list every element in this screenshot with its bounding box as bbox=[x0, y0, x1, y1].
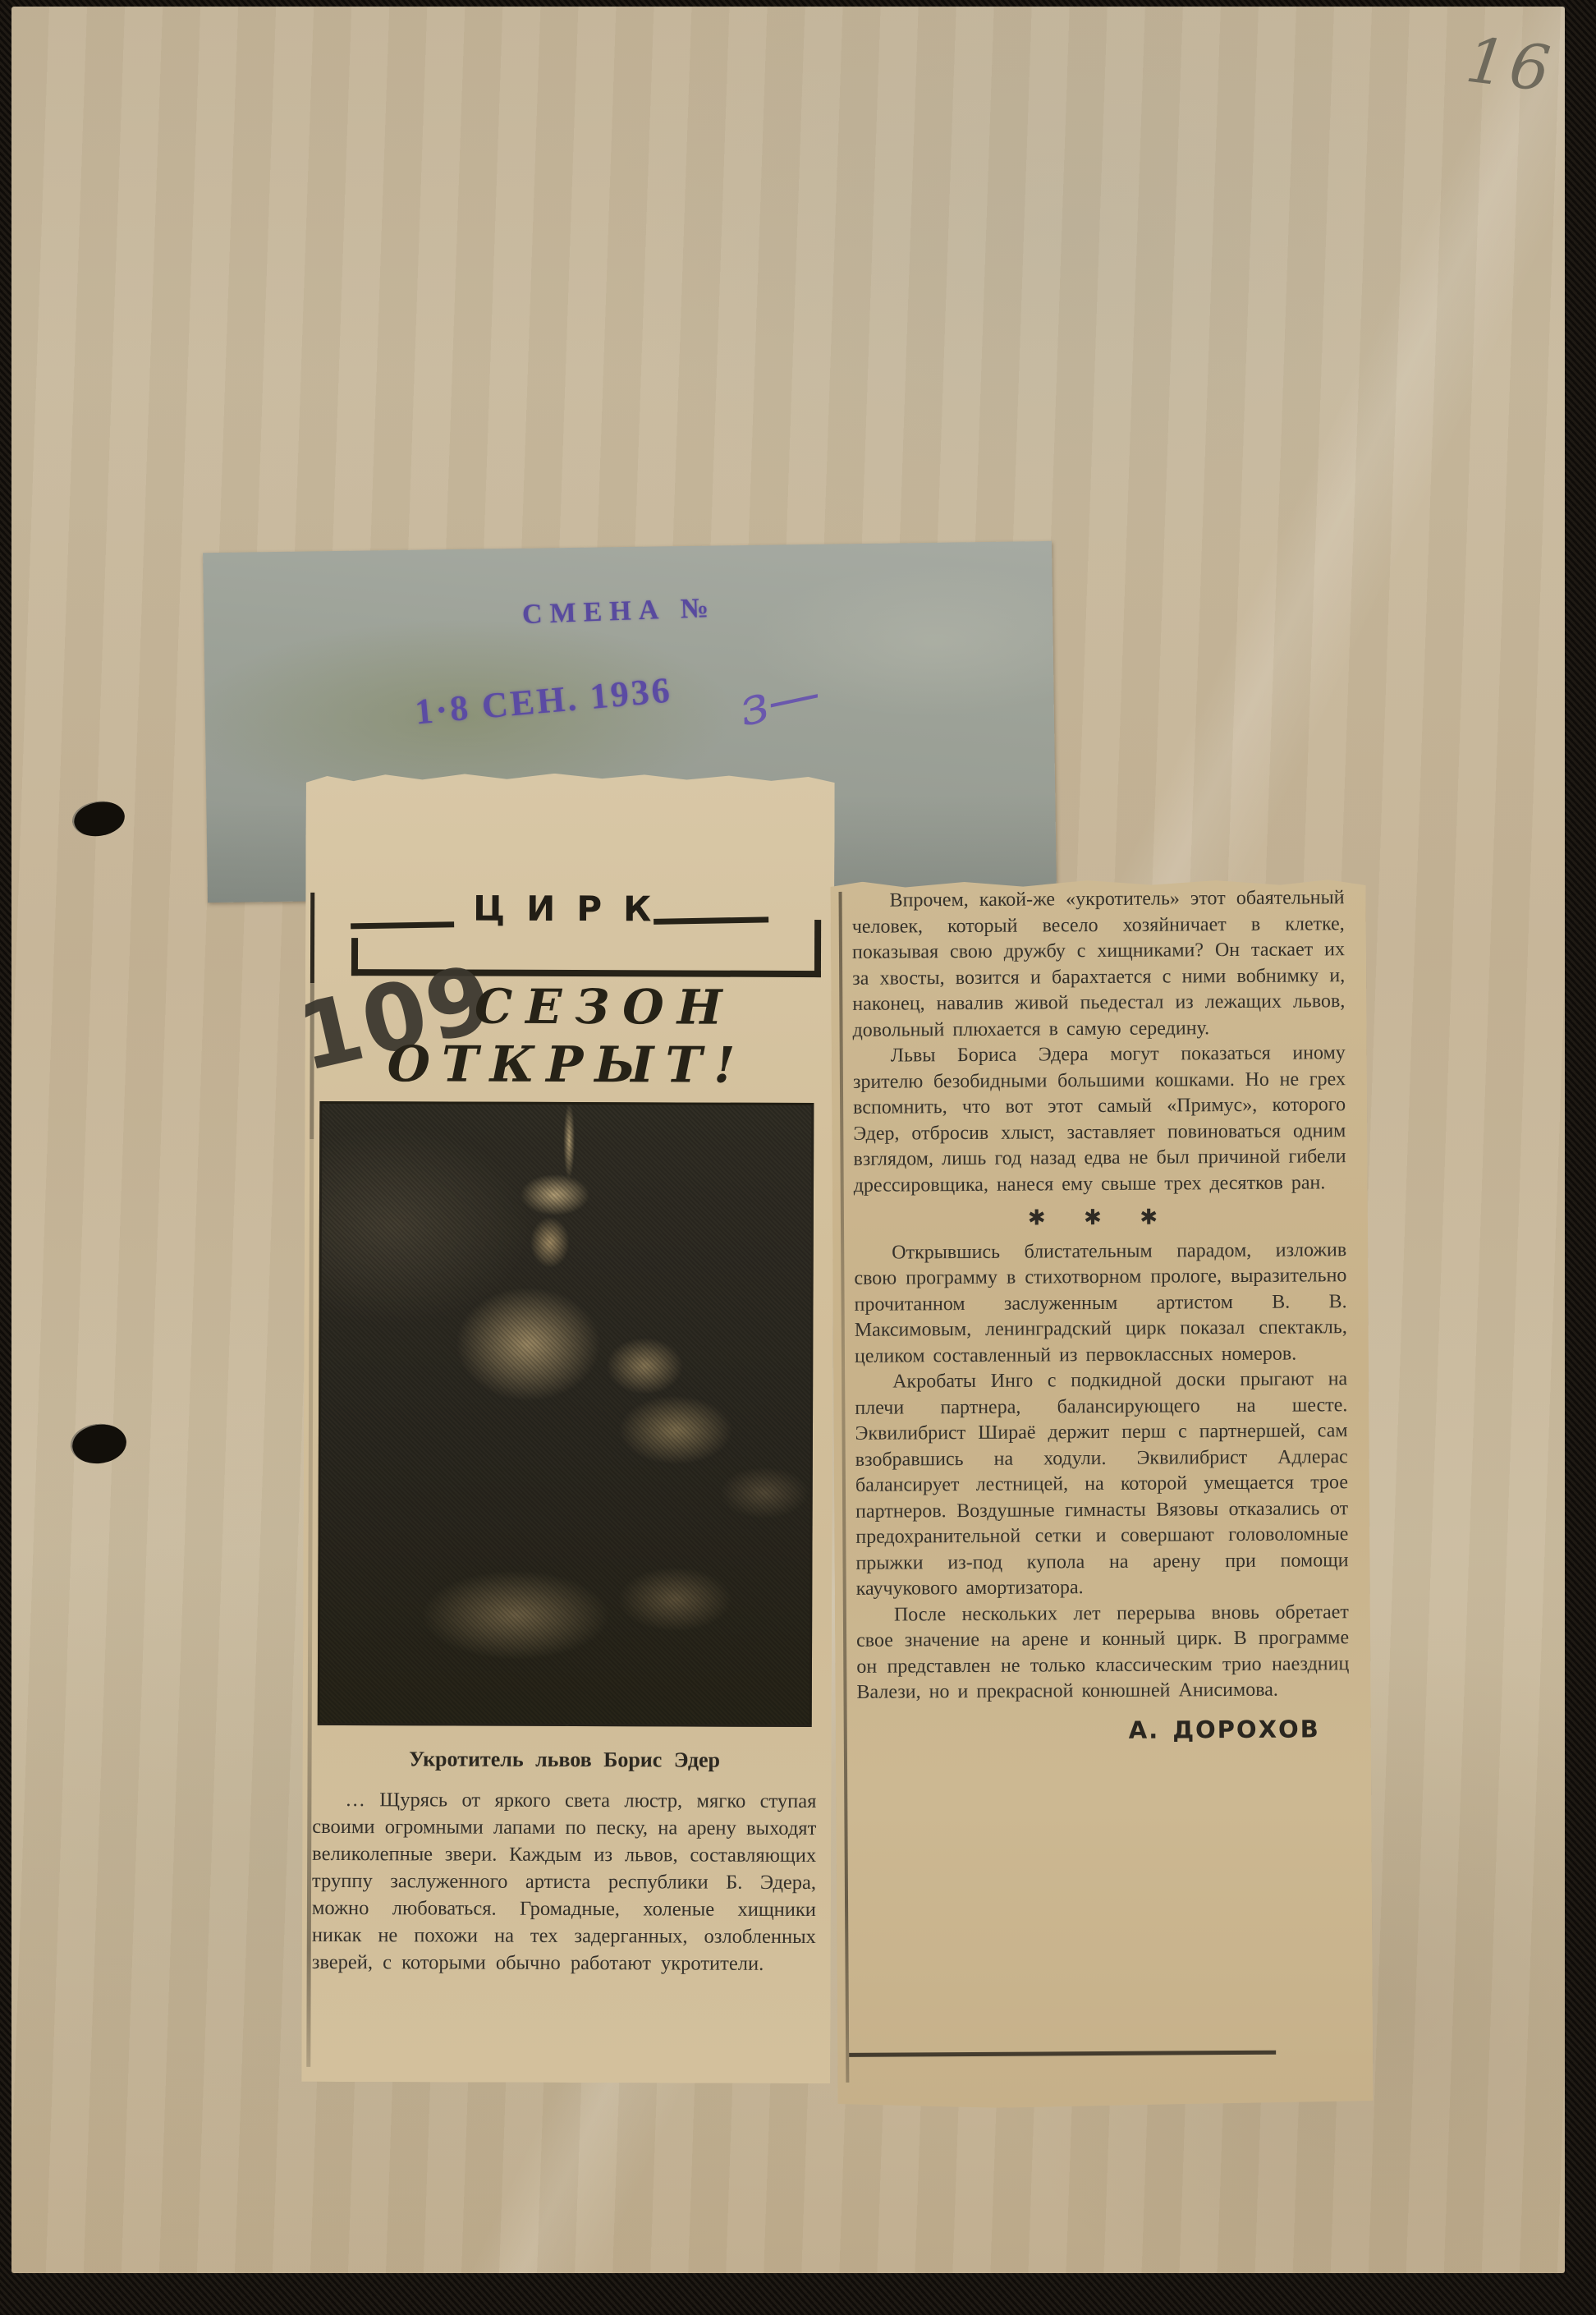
header-box-stub bbox=[351, 938, 358, 976]
scan-canvas: 16 СМЕНА № 1·8 СЕН. 1936 з— ЦИРК 109 СЕЗ… bbox=[0, 0, 1596, 2315]
paragraph: После нескольких лет перерыва вновь обре… bbox=[856, 1600, 1350, 1706]
asterisk-separator: ✱ ✱ ✱ bbox=[854, 1203, 1346, 1232]
section-header: ЦИРК bbox=[452, 889, 662, 930]
header-box-right bbox=[814, 920, 821, 977]
paragraph: Львы Бориса Эдера могут показаться иному… bbox=[853, 1040, 1346, 1199]
photo-caption: Укротитель львов Борис Эдер bbox=[318, 1747, 812, 1773]
paragraph: Впрочем, какой-же «укротитель» этот обая… bbox=[851, 885, 1345, 1044]
article-title-line2: ОТКРЫТ! bbox=[359, 1036, 774, 1095]
article-end-rule bbox=[849, 2051, 1276, 2057]
author-signature: А. ДОРОХОВ bbox=[857, 1715, 1350, 1746]
paragraph: Открывшись блистательным парадом, изложи… bbox=[854, 1238, 1347, 1370]
right-clipping: Впрочем, какой-же «укротитель» этот обая… bbox=[830, 877, 1373, 2109]
handwritten-page-number: 16 bbox=[1462, 23, 1558, 106]
column-rule bbox=[839, 892, 850, 2083]
paragraph: Акробаты Инго с подкидной доски прыгают … bbox=[855, 1366, 1349, 1602]
left-clipping: ЦИРК 109 СЕЗОН ОТКРЫТ! Укротитель львов … bbox=[301, 771, 835, 2083]
left-article-body: … Щурясь от яркого света люстр, мягко ст… bbox=[312, 1786, 817, 1977]
article-title-line1: СЕЗОН bbox=[429, 978, 782, 1036]
right-article-body: Впрочем, какой-же «укротитель» этот обая… bbox=[851, 885, 1349, 1745]
header-rule-left bbox=[351, 921, 454, 929]
lion-tamer-photo bbox=[318, 1101, 814, 1727]
